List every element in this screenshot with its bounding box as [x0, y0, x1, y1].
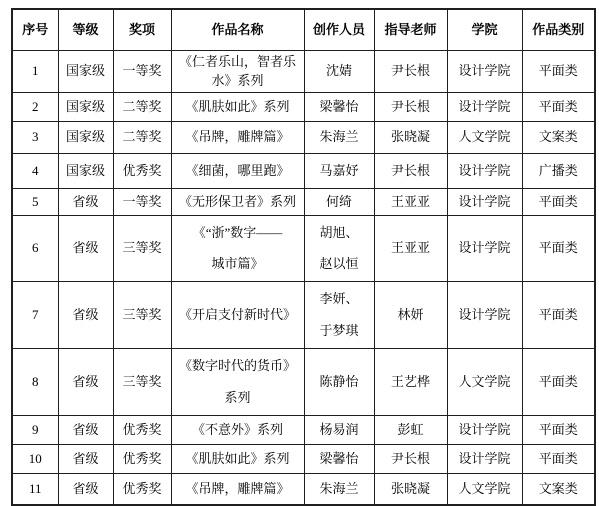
cell-creators: 朱海兰: [304, 121, 374, 153]
cell-title: 《不意外》系列: [171, 415, 304, 444]
cell-advisor: 尹长根: [374, 50, 447, 92]
cell-level: 国家级: [58, 50, 113, 92]
cell-advisor: 彭虹: [374, 415, 447, 444]
cell-index: 1: [12, 50, 58, 92]
cell-index: 11: [12, 473, 58, 505]
cell-category: 平面类: [522, 50, 595, 92]
cell-advisor: 王亚亚: [374, 188, 447, 215]
cell-level: 国家级: [58, 92, 113, 121]
cell-category: 平面类: [522, 348, 595, 415]
table-row: 5 省级 一等奖 《无形保卫者》系列 何绮 王亚亚 设计学院 平面类: [12, 188, 595, 215]
cell-index: 7: [12, 282, 58, 349]
cell-creators: 陈静怡: [304, 348, 374, 415]
cell-advisor: 张晓凝: [374, 473, 447, 505]
header-cell-category: 作品类别: [522, 9, 595, 50]
cell-level: 省级: [58, 188, 113, 215]
cell-title: 《“浙”数字—— 城市篇》: [171, 215, 304, 282]
cell-index: 9: [12, 415, 58, 444]
cell-category: 广播类: [522, 153, 595, 188]
cell-level: 省级: [58, 348, 113, 415]
cell-index: 6: [12, 215, 58, 282]
cell-award: 三等奖: [113, 348, 171, 415]
header-cell-award: 奖项: [113, 9, 171, 50]
cell-index: 8: [12, 348, 58, 415]
cell-category: 平面类: [522, 282, 595, 349]
cell-creators: 马嘉妤: [304, 153, 374, 188]
cell-college: 设计学院: [447, 50, 522, 92]
header-cell-college: 学院: [447, 9, 522, 50]
header-cell-title: 作品名称: [171, 9, 304, 50]
cell-category: 文案类: [522, 121, 595, 153]
table-row: 7 省级 三等奖 《开启支付新时代》 李妍、 于梦琪 林妍 设计学院 平面类: [12, 282, 595, 349]
cell-award: 优秀奖: [113, 415, 171, 444]
cell-title: 《肌肤如此》系列: [171, 92, 304, 121]
cell-category: 文案类: [522, 473, 595, 505]
cell-college: 人文学院: [447, 348, 522, 415]
cell-level: 省级: [58, 415, 113, 444]
cell-creators: 杨易润: [304, 415, 374, 444]
cell-award: 一等奖: [113, 50, 171, 92]
cell-advisor: 王亚亚: [374, 215, 447, 282]
cell-title: 《仁者乐山，智者乐水》系列: [171, 50, 304, 92]
table-row: 6 省级 三等奖 《“浙”数字—— 城市篇》 胡旭、 赵以恒 王亚亚 设计学院 …: [12, 215, 595, 282]
table-row: 3 国家级 二等奖 《吊牌，雕牌篇》 朱海兰 张晓凝 人文学院 文案类: [12, 121, 595, 153]
cell-advisor: 张晓凝: [374, 121, 447, 153]
cell-college: 设计学院: [447, 444, 522, 473]
cell-category: 平面类: [522, 188, 595, 215]
cell-level: 省级: [58, 282, 113, 349]
cell-award: 二等奖: [113, 92, 171, 121]
cell-award: 二等奖: [113, 121, 171, 153]
cell-advisor: 王艺桦: [374, 348, 447, 415]
cell-index: 4: [12, 153, 58, 188]
cell-creators: 梁馨怡: [304, 92, 374, 121]
table-row: 9 省级 优秀奖 《不意外》系列 杨易润 彭虹 设计学院 平面类: [12, 415, 595, 444]
cell-creators: 朱海兰: [304, 473, 374, 505]
cell-creators: 沈婧: [304, 50, 374, 92]
cell-college: 人文学院: [447, 473, 522, 505]
cell-advisor: 尹长根: [374, 444, 447, 473]
cell-index: 2: [12, 92, 58, 121]
cell-title: 《肌肤如此》系列: [171, 444, 304, 473]
cell-category: 平面类: [522, 415, 595, 444]
table-row: 8 省级 三等奖 《数字时代的货币》 系列 陈静怡 王艺桦 人文学院 平面类: [12, 348, 595, 415]
cell-title: 《无形保卫者》系列: [171, 188, 304, 215]
table-row: 2 国家级 二等奖 《肌肤如此》系列 梁馨怡 尹长根 设计学院 平面类: [12, 92, 595, 121]
cell-level: 国家级: [58, 153, 113, 188]
cell-level: 省级: [58, 215, 113, 282]
header-row: 序号 等级 奖项 作品名称 创作人员 指导老师 学院 作品类别: [12, 9, 595, 50]
cell-category: 平面类: [522, 92, 595, 121]
cell-college: 设计学院: [447, 215, 522, 282]
table-row: 10 省级 优秀奖 《肌肤如此》系列 梁馨怡 尹长根 设计学院 平面类: [12, 444, 595, 473]
cell-award: 一等奖: [113, 188, 171, 215]
cell-index: 10: [12, 444, 58, 473]
cell-award: 优秀奖: [113, 153, 171, 188]
cell-creators: 何绮: [304, 188, 374, 215]
cell-creators: 李妍、 于梦琪: [304, 282, 374, 349]
cell-title: 《数字时代的货币》 系列: [171, 348, 304, 415]
cell-title: 《细菌，哪里跑》: [171, 153, 304, 188]
cell-index: 3: [12, 121, 58, 153]
cell-advisor: 尹长根: [374, 153, 447, 188]
header-cell-level: 等级: [58, 9, 113, 50]
cell-award: 优秀奖: [113, 473, 171, 505]
cell-college: 设计学院: [447, 415, 522, 444]
cell-creators: 胡旭、 赵以恒: [304, 215, 374, 282]
awards-table: 序号 等级 奖项 作品名称 创作人员 指导老师 学院 作品类别 1 国家级 一等…: [11, 8, 596, 506]
table-row: 4 国家级 优秀奖 《细菌，哪里跑》 马嘉妤 尹长根 设计学院 广播类: [12, 153, 595, 188]
cell-college: 人文学院: [447, 121, 522, 153]
cell-level: 国家级: [58, 121, 113, 153]
cell-title: 《吊牌，雕牌篇》: [171, 121, 304, 153]
cell-title: 《开启支付新时代》: [171, 282, 304, 349]
cell-title: 《吊牌，雕牌篇》: [171, 473, 304, 505]
cell-college: 设计学院: [447, 188, 522, 215]
table-row: 11 省级 优秀奖 《吊牌，雕牌篇》 朱海兰 张晓凝 人文学院 文案类: [12, 473, 595, 505]
cell-category: 平面类: [522, 444, 595, 473]
cell-college: 设计学院: [447, 282, 522, 349]
cell-category: 平面类: [522, 215, 595, 282]
header-cell-index: 序号: [12, 9, 58, 50]
header-cell-advisor: 指导老师: [374, 9, 447, 50]
cell-level: 省级: [58, 473, 113, 505]
table-row: 1 国家级 一等奖 《仁者乐山，智者乐水》系列 沈婧 尹长根 设计学院 平面类: [12, 50, 595, 92]
cell-award: 优秀奖: [113, 444, 171, 473]
cell-level: 省级: [58, 444, 113, 473]
cell-award: 三等奖: [113, 282, 171, 349]
cell-award: 三等奖: [113, 215, 171, 282]
cell-index: 5: [12, 188, 58, 215]
cell-advisor: 林妍: [374, 282, 447, 349]
cell-creators: 梁馨怡: [304, 444, 374, 473]
awards-table-container: 序号 等级 奖项 作品名称 创作人员 指导老师 学院 作品类别 1 国家级 一等…: [11, 8, 596, 506]
cell-advisor: 尹长根: [374, 92, 447, 121]
cell-college: 设计学院: [447, 92, 522, 121]
header-cell-creators: 创作人员: [304, 9, 374, 50]
cell-college: 设计学院: [447, 153, 522, 188]
